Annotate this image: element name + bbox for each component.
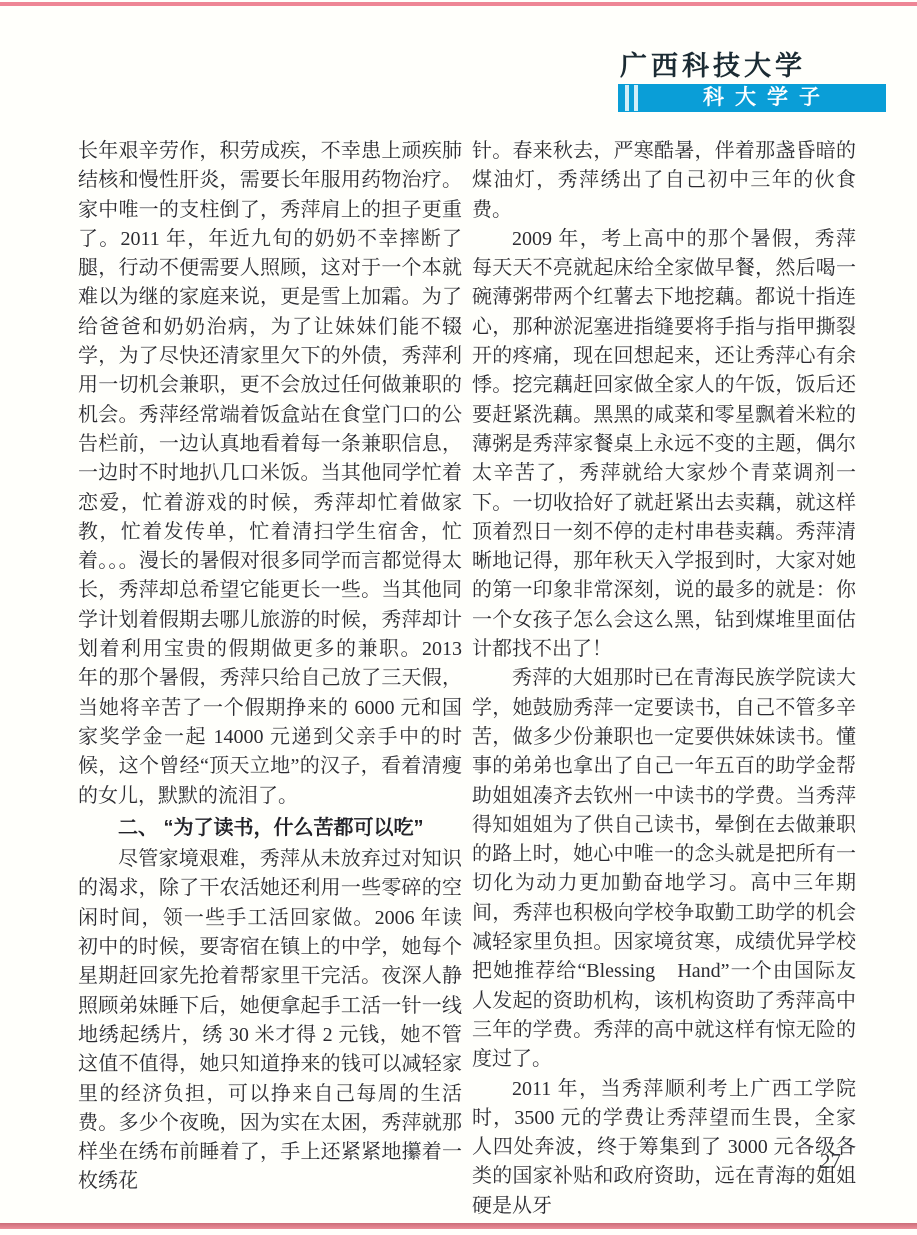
paragraph: 2011 年，当秀萍顺利考上广西工学院时，3500 元的学费让秀萍望而生畏，全家… [472, 1075, 856, 1221]
article-body: 长年艰辛劳作，积劳成疾，不幸患上顽疾肺结核和慢性肝炎，需要长年服用药物治疗。家中… [78, 137, 856, 1221]
paragraph: 2009 年，考上高中的那个暑假，秀萍每天天不亮就起床给全家做早餐，然后喝一碗薄… [472, 225, 856, 664]
magazine-page: 广西科技大学 科大学子 长年艰辛劳作，积劳成疾，不幸患上顽疾肺结核和慢性肝炎，需… [0, 0, 917, 1235]
paragraph: 针。春来秋去，严寒酷暑，伴着那盏昏暗的煤油灯，秀萍绣出了自己初中三年的伙食费。 [472, 137, 856, 225]
top-border-line [0, 2, 917, 6]
banner-stripe-icon [625, 85, 629, 111]
university-name: 广西科技大学 [620, 44, 806, 83]
page-number: 27 [820, 1149, 841, 1174]
banner-bar: 科大学子 [618, 84, 886, 112]
right-column: 针。春来秋去，严寒酷暑，伴着那盏昏暗的煤油灯，秀萍绣出了自己初中三年的伙食费。2… [472, 137, 856, 1221]
left-column: 长年艰辛劳作，积劳成疾，不幸患上顽疾肺结核和慢性肝炎，需要长年服用药物治疗。家中… [78, 137, 462, 1221]
section-heading: 二、 “为了读书，什么苦都可以吃” [78, 814, 462, 843]
paragraph: 秀萍的大姐那时已在青海民族学院读大学，她鼓励秀萍一定要读书，自己不管多辛苦，做多… [472, 664, 856, 1074]
paragraph: 长年艰辛劳作，积劳成疾，不幸患上顽疾肺结核和慢性肝炎，需要长年服用药物治疗。家中… [78, 137, 462, 811]
banner-stripe-icon [634, 85, 638, 111]
banner-title: 科大学子 [648, 84, 886, 112]
paragraph: 尽管家境艰难，秀萍从未放弃过对知识的渴求，除了干农活她还利用一些零碎的空闲时间，… [78, 845, 462, 1197]
bottom-border-line [0, 1223, 917, 1229]
